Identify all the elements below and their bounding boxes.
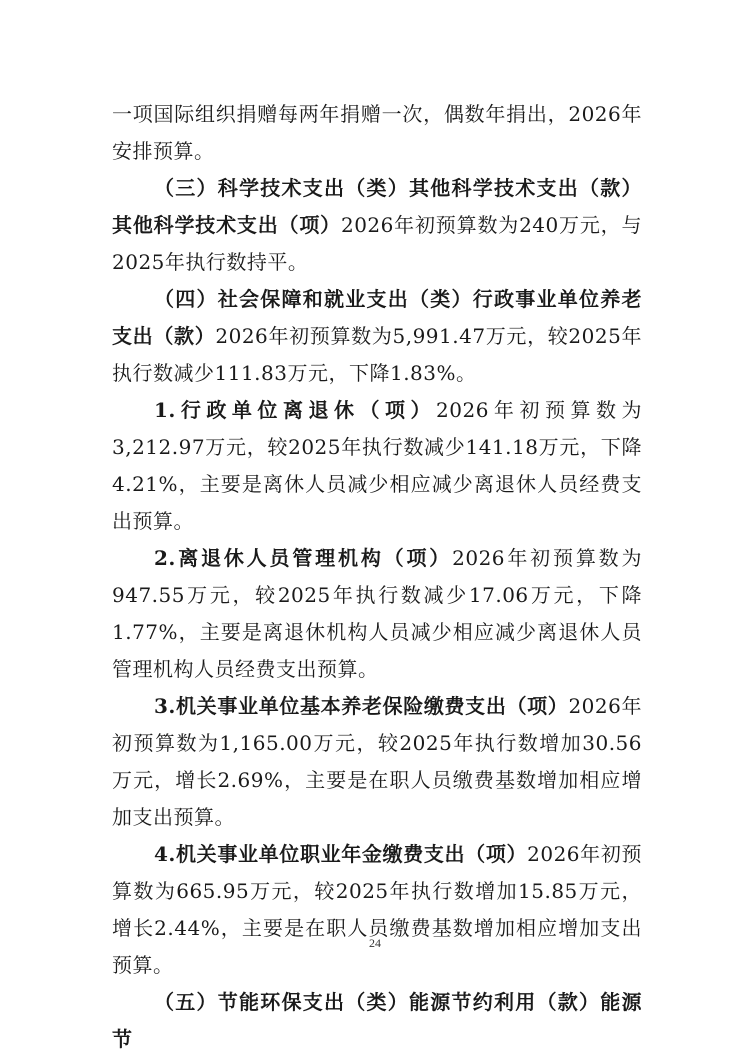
paragraph-item-3: 3.机关事业单位基本养老保险缴费支出（项）2026年初预算数为1,165.00万… [112,688,642,836]
paragraph-heading: 3.机关事业单位基本养老保险缴费支出（项） [154,694,568,718]
document-page: 一项国际组织捐赠每两年捐赠一次，偶数年捐出，2026年安排预算。 （三）科学技术… [112,96,642,1058]
paragraph-heading: （五）节能环保支出（类）能源节约利用（款）能源节 [112,990,642,1051]
paragraph-science-tech: （三）科学技术支出（类）其他科学技术支出（款）其他科学技术支出（项）2026年初… [112,170,642,281]
paragraph-social-security: （四）社会保障和就业支出（类）行政事业单位养老支出（款）2026年初预算数为5,… [112,281,642,392]
paragraph-body: 一项国际组织捐赠每两年捐赠一次，偶数年捐出，2026年安排预算。 [112,102,642,163]
paragraph-item-2: 2.离退休人员管理机构（项）2026年初预算数为947.55万元，较2025年执… [112,540,642,688]
paragraph-energy: （五）节能环保支出（类）能源节约利用（款）能源节 [112,984,642,1058]
paragraph-item-4: 4.机关事业单位职业年金缴费支出（项）2026年初预算数为665.95万元，较2… [112,836,642,984]
page-number: 24 [0,936,750,951]
paragraph-item-1: 1.行政单位离退休（项）2026年初预算数为3,212.97万元，较2025年执… [112,392,642,540]
paragraph-heading: 2.离退休人员管理机构（项） [154,546,452,570]
paragraph-heading: 4.机关事业单位职业年金缴费支出（项） [154,842,527,866]
paragraph-heading: 1.行政单位离退休（项） [154,398,436,422]
paragraph-continuation: 一项国际组织捐赠每两年捐赠一次，偶数年捐出，2026年安排预算。 [112,96,642,170]
